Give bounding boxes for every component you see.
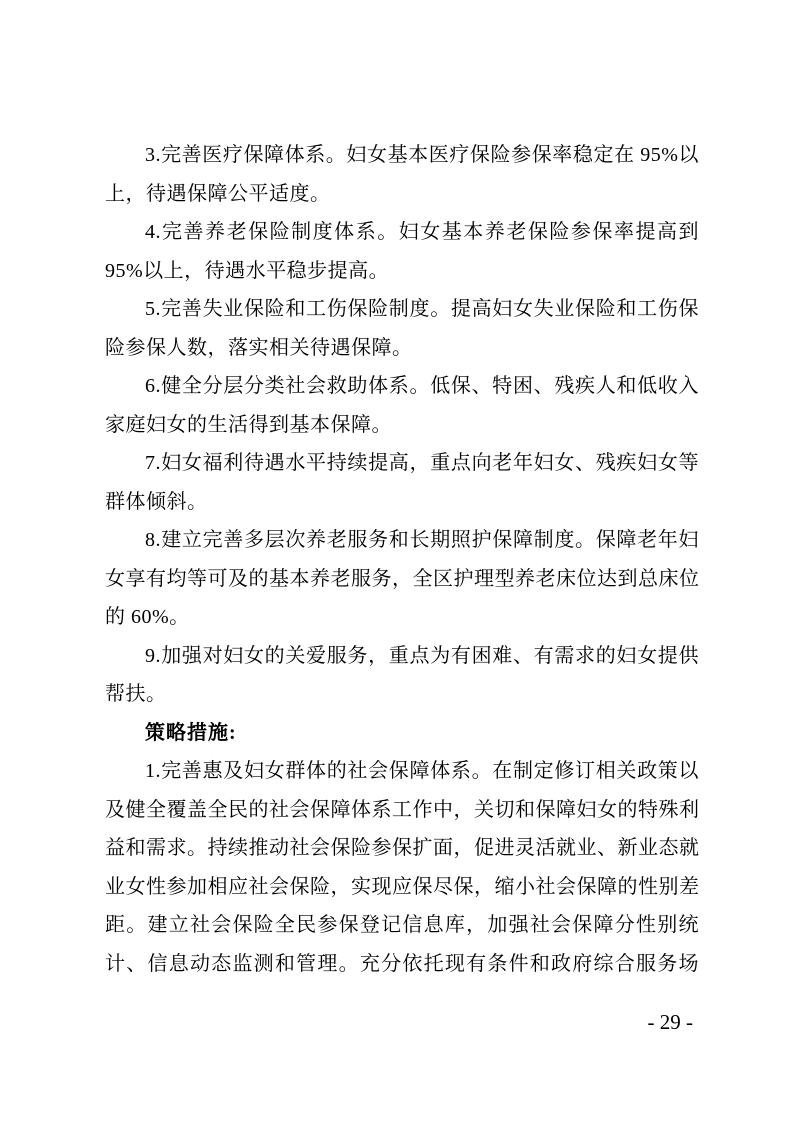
text-line: 8.建立完善多层次养老服务和长期照护保障制度。保障老年妇 — [105, 521, 699, 560]
text-line: 4.完善养老保险制度体系。妇女基本养老保险参保率提高到 — [105, 213, 699, 252]
text-line: 帮扶。 — [105, 675, 699, 714]
page-footer: - 29 - — [105, 1008, 699, 1036]
paragraph: 7.妇女福利待遇水平持续提高，重点向老年妇女、残疾妇女等群体倾斜。 — [105, 444, 699, 521]
text-line: 业女性参加相应社会保险，实现应保尽保，缩小社会保障的性别差 — [105, 868, 699, 907]
paragraph: 6.健全分层分类社会救助体系。低保、特困、残疾人和低收入家庭妇女的生活得到基本保… — [105, 367, 699, 444]
paragraph: 9.加强对妇女的关爱服务，重点为有困难、有需求的妇女提供帮扶。 — [105, 637, 699, 714]
text-line: 95%以上，待遇水平稳步提高。 — [105, 252, 699, 291]
text-line: 距。建立社会保险全民参保登记信息库，加强社会保障分性别统 — [105, 906, 699, 945]
text-line: 策略措施: — [105, 714, 699, 753]
text-line: 6.健全分层分类社会救助体系。低保、特困、残疾人和低收入 — [105, 367, 699, 406]
section-heading: 策略措施: — [105, 714, 699, 753]
text-line: 3.完善医疗保障体系。妇女基本医疗保险参保率稳定在 95%以 — [105, 136, 699, 175]
text-line: 家庭妇女的生活得到基本保障。 — [105, 406, 699, 445]
text-line: 上，待遇保障公平适度。 — [105, 175, 699, 214]
paragraph: 5.完善失业保险和工伤保险制度。提高妇女失业保险和工伤保险参保人数，落实相关待遇… — [105, 290, 699, 367]
text-line: 计、信息动态监测和管理。充分依托现有条件和政府综合服务场 — [105, 945, 699, 984]
text-line: 7.妇女福利待遇水平持续提高，重点向老年妇女、残疾妇女等 — [105, 444, 699, 483]
page-number: - 29 - — [648, 1010, 694, 1034]
text-line: 险参保人数，落实相关待遇保障。 — [105, 329, 699, 368]
text-line: 群体倾斜。 — [105, 483, 699, 522]
text-line: 女享有均等可及的基本养老服务，全区护理型养老床位达到总床位 — [105, 560, 699, 599]
text-line: 9.加强对妇女的关爱服务，重点为有困难、有需求的妇女提供 — [105, 637, 699, 676]
paragraph: 4.完善养老保险制度体系。妇女基本养老保险参保率提高到95%以上，待遇水平稳步提… — [105, 213, 699, 290]
document-body: 3.完善医疗保障体系。妇女基本医疗保险参保率稳定在 95%以上，待遇保障公平适度… — [105, 136, 699, 983]
text-line: 益和需求。持续推动社会保险参保扩面，促进灵活就业、新业态就 — [105, 829, 699, 868]
paragraph: 8.建立完善多层次养老服务和长期照护保障制度。保障老年妇女享有均等可及的基本养老… — [105, 521, 699, 637]
text-line: 1.完善惠及妇女群体的社会保障体系。在制定修订相关政策以 — [105, 752, 699, 791]
paragraph: 1.完善惠及妇女群体的社会保障体系。在制定修订相关政策以及健全覆盖全民的社会保障… — [105, 752, 699, 983]
text-line: 5.完善失业保险和工伤保险制度。提高妇女失业保险和工伤保 — [105, 290, 699, 329]
text-line: 及健全覆盖全民的社会保障体系工作中，关切和保障妇女的特殊利 — [105, 791, 699, 830]
document-page: 3.完善医疗保障体系。妇女基本医疗保险参保率稳定在 95%以上，待遇保障公平适度… — [0, 0, 794, 1122]
text-line: 的 60%。 — [105, 598, 699, 637]
paragraph: 3.完善医疗保障体系。妇女基本医疗保险参保率稳定在 95%以上，待遇保障公平适度… — [105, 136, 699, 213]
